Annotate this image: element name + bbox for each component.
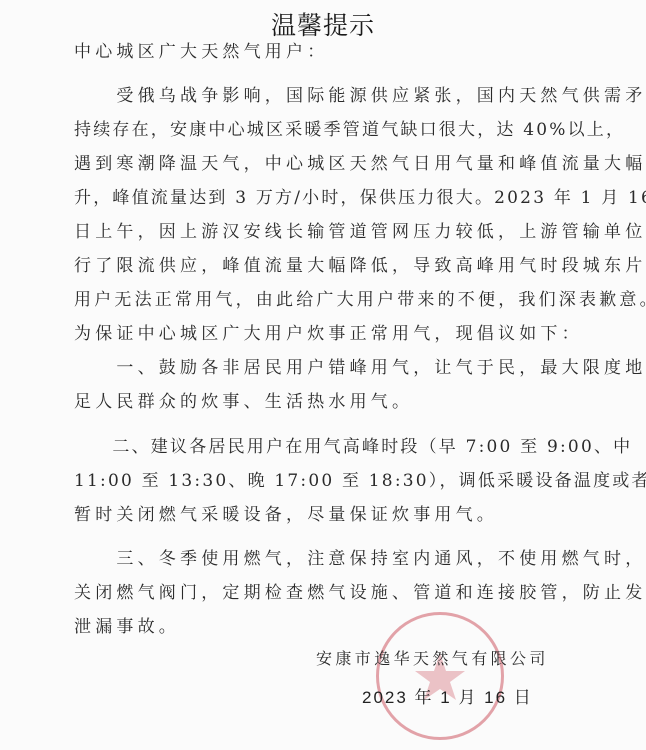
proposal-3-cont: 泄漏事故。	[74, 616, 574, 638]
body-line: 行了限流供应，峰值流量大幅降低，导致高峰用气时段城东片区	[74, 255, 574, 277]
body-line: 受俄乌战争影响，国际能源供应紧张，国内天然气供需矛盾	[74, 85, 574, 107]
document-date: 2023 年 1 月 16 日	[362, 683, 533, 708]
company-signature: 安康市逸华天然气有限公司	[316, 646, 549, 669]
proposal-2-cont: 11:00 至 13:30、晚 17:00 至 18:30），调低采暖设备温度或…	[74, 470, 574, 492]
proposal-1-cont: 足人民群众的炊事、生活热水用气。	[74, 391, 574, 413]
document-title: 温馨提示	[0, 6, 646, 42]
proposal-2-cont: 暂时关闭燃气采暖设备，尽量保证炊事用气。	[74, 504, 574, 526]
salutation: 中心城区广大天然气用户：	[74, 41, 574, 63]
proposal-1: 一、鼓励各非居民用户错峰用气，让气于民，最大限度地满	[74, 357, 574, 379]
body-line: 用户无法正常用气，由此给广大用户带来的不便，我们深表歉意。	[74, 289, 574, 311]
body-line: 持续存在，安康中心城区采暖季管道气缺口很大，达 40%以上，	[74, 119, 574, 141]
proposal-3-cont: 关闭燃气阀门，定期检查燃气设施、管道和连接胶管，防止发生	[74, 582, 574, 604]
body-line: 升，峰值流量达到 3 万方/小时，保供压力很大。2023 年 1 月 16	[74, 187, 574, 209]
proposal-2: 二、建议各居民用户在用气高峰时段（早 7:00 至 9:00、中	[74, 436, 574, 458]
proposal-3: 三、冬季使用燃气，注意保持室内通风，不使用燃气时，应	[74, 548, 574, 570]
body-line: 日上午，因上游汉安线长输管道管网压力较低，上游管输单位实	[74, 221, 574, 243]
body-line: 遇到寒潮降温天气，中心城区天然气日用气量和峰值流量大幅攀	[74, 153, 574, 175]
body-line: 为保证中心城区广大用户炊事正常用气，现倡议如下：	[74, 323, 574, 345]
